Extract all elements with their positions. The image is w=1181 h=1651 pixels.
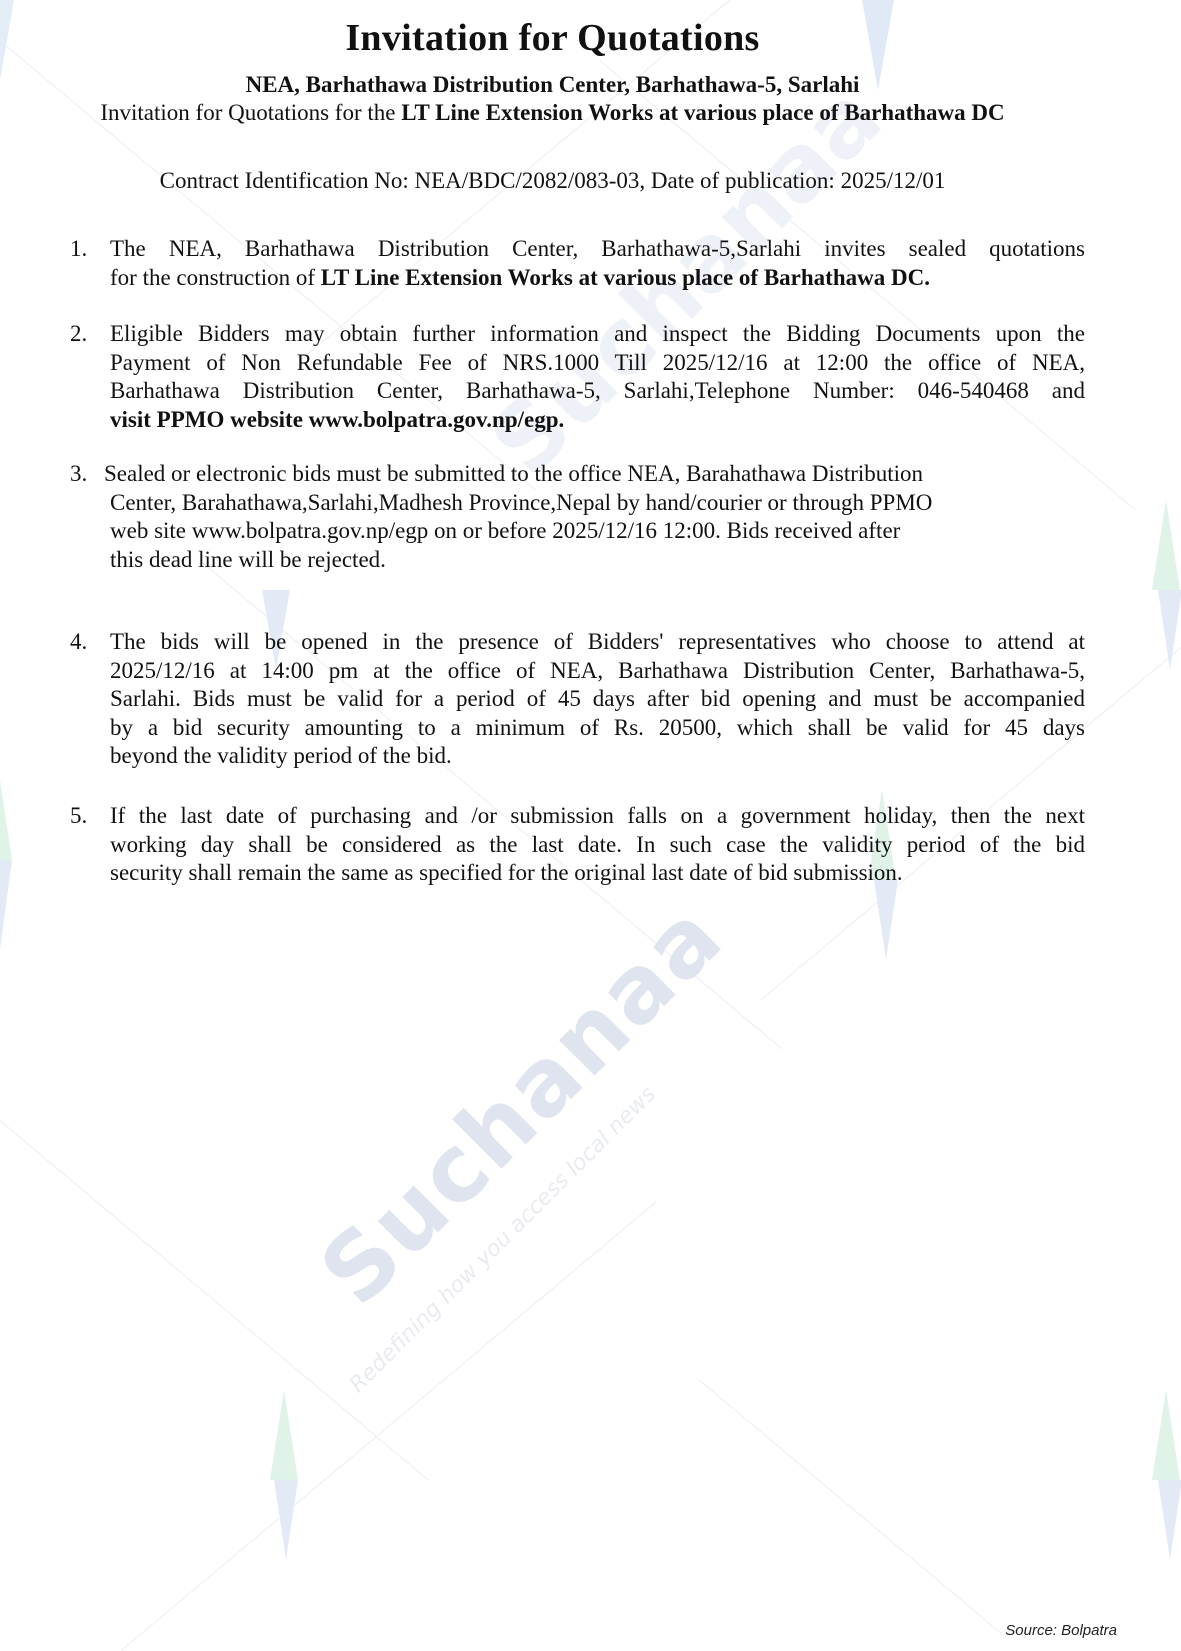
item-number: 1. bbox=[70, 235, 110, 264]
item-line: The bids will be opened in the presence … bbox=[110, 628, 1085, 657]
item-text: for the construction of bbox=[110, 265, 321, 290]
item-line: Center, Barahathawa,Sarlahi,Madhesh Prov… bbox=[104, 489, 1085, 518]
watermark-bolt-icon bbox=[0, 780, 12, 860]
watermark-line bbox=[120, 1201, 657, 1651]
item-line: working day shall be considered as the l… bbox=[110, 831, 1085, 860]
watermark-brand: Suchanaa bbox=[300, 883, 743, 1326]
item-line: beyond the validity period of the bid. bbox=[110, 742, 1085, 771]
watermark-bolt-icon bbox=[270, 1390, 298, 1480]
item-line: security shall remain the same as specif… bbox=[110, 859, 1085, 888]
watermark-line bbox=[0, 1120, 429, 1481]
item-line: Payment of Non Refundable Fee of NRS.100… bbox=[110, 349, 1085, 378]
item-line: Sealed or electronic bids must be submit… bbox=[104, 460, 1085, 489]
item-number: 2. bbox=[70, 320, 110, 349]
item-line: The NEA, Barhathawa Distribution Center,… bbox=[110, 235, 1085, 264]
item-bold-text: visit PPMO website www.bolpatra.gov.np/e… bbox=[110, 406, 1085, 435]
document-title: Invitation for Quotations bbox=[0, 16, 1105, 60]
item-line: If the last date of purchasing and /or s… bbox=[110, 802, 1085, 831]
item-body: The NEA, Barhathawa Distribution Center,… bbox=[110, 235, 1085, 292]
item-line: by a bid security amounting to a minimum… bbox=[110, 714, 1085, 743]
subtitle-project: LT Line Extension Works at various place… bbox=[401, 100, 1004, 125]
source-credit: Source: Bolpatra bbox=[1005, 1622, 1117, 1639]
item-line: 2025/12/16 at 14:00 pm at the office of … bbox=[110, 657, 1085, 686]
item-bold-text: LT Line Extension Works at various place… bbox=[321, 265, 930, 290]
subtitle-prefix: Invitation for Quotations for the bbox=[100, 100, 401, 125]
item-line: this dead line will be rejected. bbox=[104, 546, 1085, 575]
watermark-bolt-icon bbox=[1152, 1390, 1180, 1480]
watermark-bolt-icon bbox=[1158, 1480, 1181, 1560]
contract-identification: Contract Identification No: NEA/BDC/2082… bbox=[0, 168, 1105, 194]
item-body: The bids will be opened in the presence … bbox=[110, 628, 1085, 771]
item-line: web site www.bolpatra.gov.np/egp on or b… bbox=[104, 517, 1085, 546]
item-number: 3. bbox=[70, 460, 110, 489]
item-line: Sarlahi. Bids must be valid for a period… bbox=[110, 685, 1085, 714]
item-body: If the last date of purchasing and /or s… bbox=[110, 802, 1085, 888]
item-number: 4. bbox=[70, 628, 110, 657]
watermark-bolt-icon bbox=[0, 860, 12, 950]
watermark-bolt-icon bbox=[1158, 590, 1181, 670]
item-line: for the construction of LT Line Extensio… bbox=[110, 264, 1085, 293]
list-item-4: 4. The bids will be opened in the presen… bbox=[70, 628, 1085, 771]
item-body: Eligible Bidders may obtain further info… bbox=[110, 320, 1085, 434]
list-item-2: 2. Eligible Bidders may obtain further i… bbox=[70, 320, 1085, 434]
list-item-5: 5. If the last date of purchasing and /o… bbox=[70, 802, 1085, 888]
item-line: Eligible Bidders may obtain further info… bbox=[110, 320, 1085, 349]
watermark-bolt-icon bbox=[1152, 500, 1180, 590]
document-subtitle: Invitation for Quotations for the LT Lin… bbox=[0, 100, 1105, 126]
watermark-bolt-icon bbox=[274, 1480, 298, 1560]
list-item-1: 1. The NEA, Barhathawa Distribution Cent… bbox=[70, 235, 1085, 292]
list-item-3: 3. Sealed or electronic bids must be sub… bbox=[70, 460, 1085, 574]
watermark-bolt-icon bbox=[874, 880, 898, 960]
item-line: Barhathawa Distribution Center, Barhatha… bbox=[110, 377, 1085, 406]
office-name: NEA, Barhathawa Distribution Center, Bar… bbox=[0, 72, 1105, 98]
item-number: 5. bbox=[70, 802, 110, 831]
watermark-tagline: Redefining how you access local news bbox=[345, 1082, 661, 1398]
watermark-line bbox=[699, 1380, 1006, 1638]
item-body: Sealed or electronic bids must be submit… bbox=[104, 460, 1085, 574]
